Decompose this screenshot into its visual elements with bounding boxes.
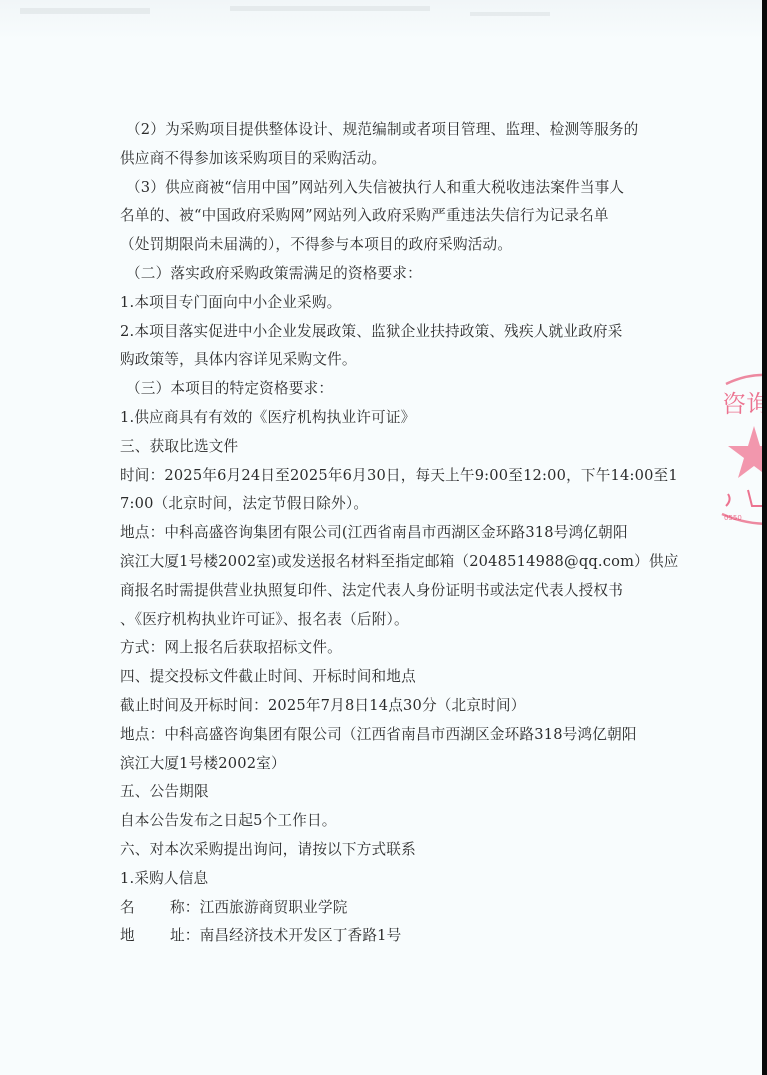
purchaser-name-label-1: 名 — [120, 894, 170, 923]
section-heading: （三）本项目的特定资格要求： — [120, 375, 680, 404]
section-heading: （二）落实政府采购政策需满足的资格要求： — [120, 260, 680, 289]
text-line: 方式：网上报名后获取招标文件。 — [120, 634, 680, 663]
seal-code: 0550 — [724, 514, 742, 522]
text-line: （3）供应商被“信用中国”网站列入失信被执行人和重大税收违法案件当事人 — [120, 174, 680, 203]
text-line: 1.采购人信息 — [120, 865, 680, 894]
text-line: 时间：2025年6月24日至2025年6月30日，每天上午9:00至12:00，… — [120, 462, 680, 491]
seal-icon: 咨 询 0550 — [718, 374, 767, 524]
text-line: （处罚期限尚未届满的），不得参与本项目的政府采购活动。 — [120, 231, 680, 260]
text-line: 自本公告发布之日起5个工作日。 — [120, 807, 680, 836]
text-line: 滨江大厦1号楼2002室)或发送报名材料至指定邮箱（2048514988@qq.… — [120, 548, 680, 577]
purchaser-address-row: 地址：南昌经济技术开发区丁香路1号 — [120, 922, 680, 951]
seal-char: 咨 — [722, 390, 746, 418]
text-line: 、《医疗机构执业许可证》、报名表（后附）。 — [120, 606, 680, 635]
purchaser-address-value: 南昌经济技术开发区丁香路1号 — [200, 927, 402, 944]
text-line: 1.供应商具有有效的《医疗机构执业许可证》 — [120, 404, 680, 433]
purchaser-address-label-1: 地 — [120, 922, 170, 951]
text-line: 滨江大厦1号楼2002室） — [120, 750, 680, 779]
section-heading: 四、提交投标文件截止时间、开标时间和地点 — [120, 663, 680, 692]
document-body: （2）为采购项目提供整体设计、规范编制或者项目管理、监理、检测等服务的 供应商不… — [120, 116, 680, 951]
purchaser-address-label-2: 址： — [170, 927, 200, 944]
official-seal-stamp: 咨 询 0550 — [718, 374, 767, 524]
scan-residue — [0, 0, 762, 40]
text-line: 商报名时需提供营业执照复印件、法定代表人身份证明书或法定代表人授权书 — [120, 577, 680, 606]
text-line: 截止时间及开标时间：2025年7月8日14点30分（北京时间） — [120, 692, 680, 721]
text-line: 地点：中科高盛咨询集团有限公司（江西省南昌市西湖区金环路318号鸿亿朝阳 — [120, 721, 680, 750]
text-line: 1.本项目专门面向中小企业采购。 — [120, 289, 680, 318]
text-line: 购政策等，具体内容详见采购文件。 — [120, 346, 680, 375]
purchaser-name-row: 名称：江西旅游商贸职业学院 — [120, 894, 680, 923]
purchaser-name-label-2: 称： — [170, 899, 200, 916]
text-line: 名单的、被“中国政府采购网”网站列入政府采购严重违法失信行为记录名单 — [120, 202, 680, 231]
document-page: （2）为采购项目提供整体设计、规范编制或者项目管理、监理、检测等服务的 供应商不… — [0, 0, 762, 1075]
purchaser-name-value: 江西旅游商贸职业学院 — [200, 899, 348, 916]
text-line: 地点：中科高盛咨询集团有限公司(江西省南昌市西湖区金环路318号鸿亿朝阳 — [120, 519, 680, 548]
section-heading: 六、对本次采购提出询问，请按以下方式联系 — [120, 836, 680, 865]
text-line: 供应商不得参加该采购项目的采购活动。 — [120, 145, 680, 174]
scan-edge-border — [762, 0, 767, 1075]
text-line: 7:00（北京时间，法定节假日除外）。 — [120, 490, 680, 519]
section-heading: 五、公告期限 — [120, 778, 680, 807]
section-heading: 三、获取比选文件 — [120, 433, 680, 462]
text-line: （2）为采购项目提供整体设计、规范编制或者项目管理、监理、检测等服务的 — [120, 116, 680, 145]
text-line: 2.本项目落实促进中小企业发展政策、监狱企业扶持政策、残疾人就业政府采 — [120, 318, 680, 347]
